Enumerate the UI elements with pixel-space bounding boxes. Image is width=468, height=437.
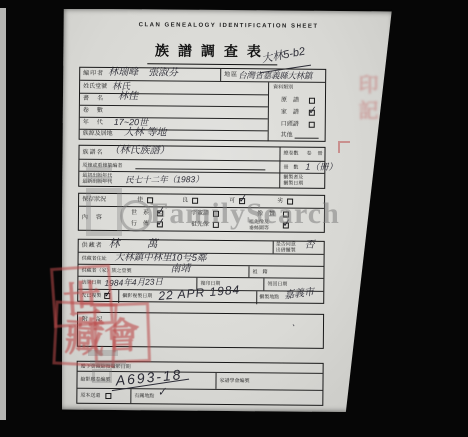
checkbox xyxy=(147,197,153,203)
divider xyxy=(248,266,249,277)
watermark-fragment xyxy=(86,166,112,172)
surname-label: 姓氏堂號 xyxy=(83,84,107,91)
visit-value: 1984年4月23日 xyxy=(104,276,163,288)
material-other-label: 其他 xyxy=(281,133,293,138)
checkbox xyxy=(239,198,245,204)
ancestry-label: 祖 籍 xyxy=(252,270,267,275)
return-label: 領回日期 xyxy=(267,282,287,287)
divider xyxy=(256,291,257,304)
divider xyxy=(263,278,264,290)
notes-mark: 、 xyxy=(292,319,300,329)
content-item-label: 像 贊 xyxy=(257,211,275,218)
material-item-label: 原 譜 xyxy=(281,98,299,103)
divider xyxy=(279,147,280,160)
red-seal-fragment xyxy=(338,141,350,153)
row-year: 最初出版年代 最新出版年代 民七十二年（1983） 攝製者及 攝製日期 xyxy=(79,172,324,189)
checkbox xyxy=(283,211,289,217)
compiler-label: 編印者 xyxy=(83,71,104,78)
other-blank-line xyxy=(295,138,319,139)
checkbox xyxy=(192,198,198,204)
film-edge-strip xyxy=(0,8,6,420)
count-label: 冊 數 xyxy=(283,165,298,170)
region-value: 台灣省嘉義縣大林鎮 xyxy=(238,70,312,81)
region-label: 地區 xyxy=(224,72,238,79)
unit-juan: 卷 xyxy=(306,152,311,157)
place-label: 攝製地點 xyxy=(259,295,279,300)
option-label: 劣 xyxy=(277,198,284,205)
holder-label: 供藏者 xyxy=(82,243,103,250)
watermark-fragment xyxy=(90,360,126,366)
book-name-label: 族譜名 xyxy=(82,150,103,157)
material-column: 資料類別 原 譜 家 譜 口頭譜 其他 xyxy=(269,82,326,141)
agree-label-2: 出借攝製 xyxy=(276,248,296,253)
content-item-label: 祖先像 xyxy=(191,222,209,229)
place-value: 嘉義市 xyxy=(284,288,315,301)
divider xyxy=(220,69,221,81)
section-book: 族譜名 （林氏族譜） 總卷數 卷 冊 原修或重修纂編者 冊 數 1（冊） 最初出… xyxy=(78,145,325,189)
total-volumes-label: 總卷數 xyxy=(283,151,298,156)
watermark-fragment xyxy=(88,350,118,356)
film-label-2: 攝製日期 xyxy=(283,181,303,186)
checkbox xyxy=(157,210,163,216)
checkbox xyxy=(157,221,163,227)
era-value: 17~20世 xyxy=(114,117,148,127)
remark-scribble: ✓ xyxy=(157,387,168,398)
editor-blank-line xyxy=(135,168,265,170)
surname-value: 林氏 xyxy=(112,81,130,91)
watermark-fragment xyxy=(92,369,112,383)
agree-value: 否 xyxy=(305,241,315,251)
checkbox xyxy=(309,122,315,128)
address-value: 大林鎮中林里10号5鄰 xyxy=(115,253,207,264)
checkbox xyxy=(309,98,315,104)
society-label: 家譜學會編號 xyxy=(219,379,249,384)
row-origin: 族源及居地 大林 等地 xyxy=(80,129,268,142)
checkbox xyxy=(283,222,289,228)
row-returned: 原本送還 有關地點 ✓ xyxy=(77,389,322,405)
filmdate-value: 22 APR 1984 xyxy=(158,285,240,301)
chinese-title: 族譜調查表 xyxy=(147,40,277,65)
book-name-value: （林氏族譜） xyxy=(109,146,169,157)
returned-label: 原本送還 xyxy=(80,394,100,399)
watermark-copyright-icon xyxy=(120,200,152,232)
film-border-left xyxy=(6,9,62,437)
english-title: CLAN GENEALOGY IDENTIFICATION SHEET xyxy=(64,22,394,31)
filmdate-label: 攝影複製日期 xyxy=(122,294,152,299)
origin-label: 族源及居地 xyxy=(83,131,113,138)
basic-body: 姓氏堂號 林氏 書 名 林佳 卷 數 年 代 17~20世 族源及居地 大 xyxy=(80,81,326,142)
origin-value: 大林 等地 xyxy=(124,128,167,138)
content-item-label2: 垂絲圖等 xyxy=(249,226,269,231)
hall-value: 南靖 xyxy=(170,264,190,275)
divider xyxy=(279,173,280,188)
divider xyxy=(215,373,216,389)
divider xyxy=(130,389,131,403)
era-label: 年 代 xyxy=(83,120,104,127)
option-label: 良 xyxy=(182,198,189,205)
checkbox xyxy=(105,393,111,399)
material-item-label: 家 譜 xyxy=(281,110,299,115)
checkbox xyxy=(213,211,219,217)
red-seal-strip: 印記 xyxy=(352,74,381,142)
section-basic: 編印者 林瑞峰 張淑芬 地區 台灣省嘉義縣大林鎮 姓氏堂號 林氏 書 名 林佳 xyxy=(79,67,327,142)
volumes-label: 卷 數 xyxy=(83,108,104,115)
material-item-label: 口頭譜 xyxy=(281,122,299,127)
content-item-label: 字輩譜 xyxy=(191,211,209,218)
section-provider: 供藏者 林 萬 是否同意 出借攝製 否 供藏者住址 大林鎮中林里10号5鄰 供藏… xyxy=(77,239,325,304)
compiler-value: 林瑞峰 張淑芬 xyxy=(108,68,178,79)
unit-ce: 冊 xyxy=(317,152,322,157)
count-value: 1（冊） xyxy=(305,162,337,172)
title-value: 林佳 xyxy=(118,92,138,102)
checkbox xyxy=(309,110,315,116)
option-label: 可 xyxy=(229,198,236,205)
address-label: 供藏者住址 xyxy=(82,257,107,262)
reel-value: A693-18 xyxy=(115,369,183,385)
remark-label: 有關地點 xyxy=(134,394,154,399)
microfilm-frame: CLAN GENEALOGY IDENTIFICATION SHEET 族譜調查… xyxy=(0,0,468,437)
watermark-fragment xyxy=(86,176,112,182)
title-label: 書 名 xyxy=(83,96,104,103)
divider xyxy=(273,241,274,253)
divider xyxy=(279,161,280,172)
watermark-fragment xyxy=(86,188,122,236)
holder-value: 林 萬 xyxy=(109,239,166,249)
divider xyxy=(118,290,119,303)
row-reel: 縮影膠卷編號 A693-18 家譜學會編號 xyxy=(77,372,322,391)
checkbox xyxy=(213,222,219,228)
material-header: 資料類別 xyxy=(273,85,293,90)
year-value: 民七十二年（1983） xyxy=(125,174,204,185)
checkbox xyxy=(287,199,293,205)
